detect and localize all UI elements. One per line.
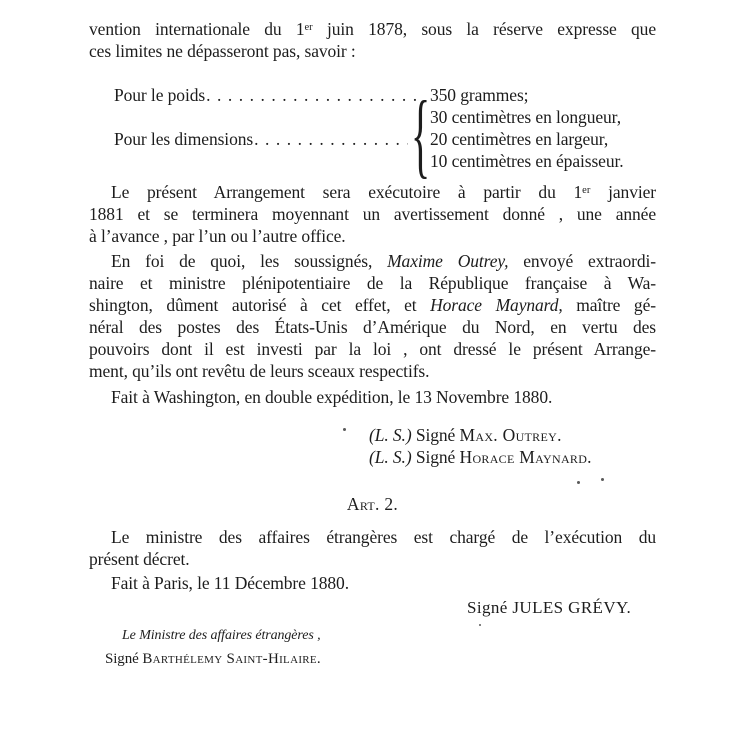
witness-line-4: néral des postes des États-Unis d’Amériq…: [89, 316, 656, 338]
execution-paragraph: Le présent Arrangement sera exécutoire à…: [89, 181, 656, 247]
witness-line-2: naire et ministre plénipotentiaire de la…: [89, 272, 656, 294]
dimensions-label: Pour les dimensions: [114, 128, 253, 150]
seal-signatures: (L. S.) Signé Max. Outrey. (L. S.) Signé…: [369, 424, 656, 468]
witness-line-1: En foi de quoi, les soussignés, Maxime O…: [89, 250, 656, 272]
seal-signature-maynard: (L. S.) Signé Horace Maynard.: [369, 446, 656, 468]
dimension-value-width: 20 centimètres en largeur,: [430, 128, 608, 150]
text-segment: Horace Maynard.: [460, 447, 592, 467]
minister-signature-block: Signé Barthélemy Saint-Hilaire.: [105, 648, 525, 670]
minister-signature: Signé Barthélemy Saint-Hilaire.: [105, 648, 525, 670]
grevy-signature: Signé JULES GRÉVY.: [467, 597, 656, 619]
weight-row: Pour le poids...........................…: [114, 84, 422, 106]
decree-line-2: présent décret.: [89, 548, 656, 570]
text-segment: Horace Maynard,: [430, 295, 563, 315]
text-segment: shington, dûment autorisé à cet effet, e…: [89, 295, 430, 315]
dimensions-row: Pour les dimensions.....................…: [114, 128, 408, 150]
intro-paragraph: vention internationale du 1er juin 1878,…: [89, 18, 656, 62]
dimension-value-length: 30 centimètres en longueur,: [430, 106, 621, 128]
weight-value: 350 grammes;: [430, 84, 528, 106]
document-page: vention internationale du 1er juin 1878,…: [0, 0, 744, 750]
text-segment: En foi de quoi, les soussignés,: [111, 251, 387, 271]
text-segment: Le présent Arrangement sera exécutoire à…: [111, 182, 582, 202]
decree-paragraph: Le ministre des affaires étrangères est …: [89, 526, 656, 570]
intro-line-1: vention internationale du 1er juin 1878,…: [89, 18, 656, 40]
text-segment: Signé: [412, 447, 460, 467]
text-column: vention internationale du 1er juin 1878,…: [89, 0, 656, 750]
scan-speck: [601, 478, 604, 481]
execution-line-3: à l’avance , par l’un ou l’autre office.: [89, 225, 656, 247]
minister-title-block: Le Ministre des affaires étrangères ,: [122, 625, 522, 647]
text-segment: (L. S.): [369, 425, 412, 445]
witness-line-3: shington, dûment autorisé à cet effet, e…: [89, 294, 656, 316]
witness-paragraph: En foi de quoi, les soussignés, Maxime O…: [89, 250, 656, 382]
text-segment: maître gé-: [563, 295, 656, 315]
grevy-signature-block: Signé JULES GRÉVY.: [467, 597, 656, 619]
dimension-value-thickness: 10 centimètres en épaisseur.: [430, 150, 624, 172]
washington-dateline: Fait à Washington, en double expédition,…: [89, 386, 656, 408]
scan-speck: [479, 624, 481, 626]
weight-label: Pour le poids: [114, 84, 205, 106]
text-segment: Barthélemy Saint-Hilaire.: [142, 651, 321, 667]
witness-line-6: ment, qu’ils ont revêtu de leurs sceaux …: [89, 360, 656, 382]
limits-table: Pour le poids...........................…: [114, 84, 656, 174]
text-segment: juin 1878, sous la réserve expresse que: [313, 19, 656, 39]
text-segment: janvier: [590, 182, 656, 202]
dimensions-brace: {: [411, 99, 422, 169]
text-segment: Maxime Outrey,: [387, 251, 508, 271]
leader-dots: ........................................…: [206, 84, 422, 106]
intro-line-2: ces limites ne dépasseront pas, savoir :: [89, 40, 656, 62]
text-segment: Signé: [105, 651, 142, 667]
decree-line-1: Le ministre des affaires étrangères est …: [89, 526, 656, 548]
leader-dots: ........................................…: [254, 128, 408, 150]
execution-line-2: 1881 et se terminera moyennant un averti…: [89, 203, 656, 225]
text-segment: Signé: [412, 425, 460, 445]
execution-line-1: Le présent Arrangement sera exécutoire à…: [89, 181, 656, 203]
article2-title: Art. 2.: [89, 493, 656, 515]
text-segment: Art. 2.: [347, 494, 398, 514]
paris-dateline: Fait à Paris, le 11 Décembre 1880.: [89, 572, 656, 594]
text-segment: envoyé extraordi-: [508, 251, 656, 271]
paris-line: Fait à Paris, le 11 Décembre 1880.: [89, 572, 656, 594]
text-segment: (L. S.): [369, 447, 412, 467]
washington-line: Fait à Washington, en double expédition,…: [89, 386, 656, 408]
seal-signature-outrey: (L. S.) Signé Max. Outrey.: [369, 424, 656, 446]
scan-speck: [343, 428, 346, 431]
article2-heading: Art. 2.: [89, 493, 656, 515]
text-segment: er: [305, 22, 313, 33]
minister-title: Le Ministre des affaires étrangères ,: [122, 625, 522, 647]
text-segment: Max. Outrey.: [460, 425, 562, 445]
witness-line-5: pouvoirs dont il est investi par la loi …: [89, 338, 656, 360]
scan-speck: [577, 481, 580, 484]
text-segment: er: [582, 185, 590, 196]
text-segment: vention internationale du 1: [89, 19, 305, 39]
